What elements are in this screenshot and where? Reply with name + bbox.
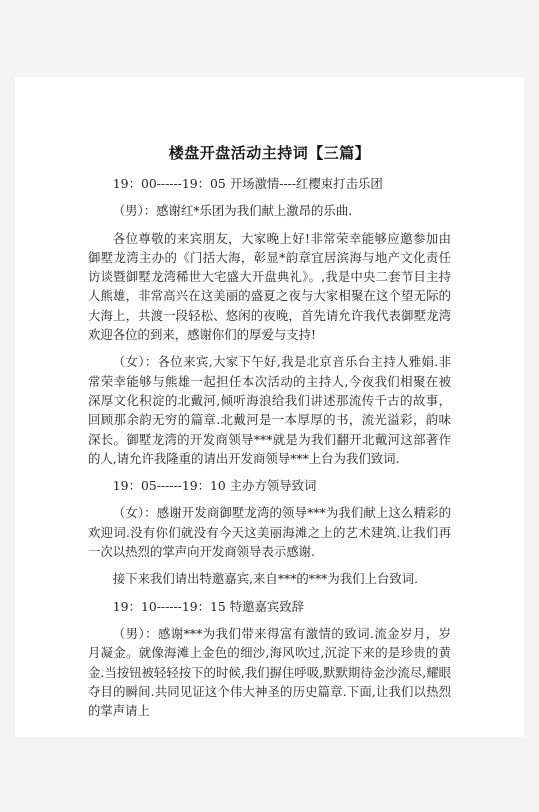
schedule-line: 19：05------19：10 主办方领导致词 [88, 476, 451, 495]
paragraph: （女）：各位来宾,大家下午好,我是北京音乐台主持人雅娟.非常荣幸能够与熊雄一起担… [88, 352, 451, 468]
paragraph: 接下来我们请出特邀嘉宾,来自***的***为我们上台致词. [88, 569, 451, 588]
schedule-line: 19：10------19：15 特邀嘉宾致辞 [88, 597, 451, 616]
paragraph: （男）：感谢***为我们带来得富有激情的致词.流金岁月，岁月凝金。就像海滩上金色… [88, 624, 451, 720]
document-title: 楼盘开盘活动主持词【三篇】 [15, 142, 524, 163]
paragraph: （女）：感谢开发商御墅龙湾的领导***为我们献上这么精彩的欢迎词.没有你们就没有… [88, 503, 451, 561]
paragraph: 各位尊敬的来宾朋友，大家晚上好!非常荣幸能够应邀参加由御墅龙湾主办的《门括大海，… [88, 229, 451, 345]
paragraph: （男）：感谢红*乐团为我们献上激昂的乐曲. [88, 201, 451, 220]
schedule-line: 19：00------19：05 开场激情----红樱束打击乐团 [88, 174, 451, 193]
document-page: 楼盘开盘活动主持词【三篇】 19：00------19：05 开场激情----红… [15, 77, 524, 737]
document-body: 19：00------19：05 开场激情----红樱束打击乐团 （男）：感谢红… [88, 174, 451, 728]
